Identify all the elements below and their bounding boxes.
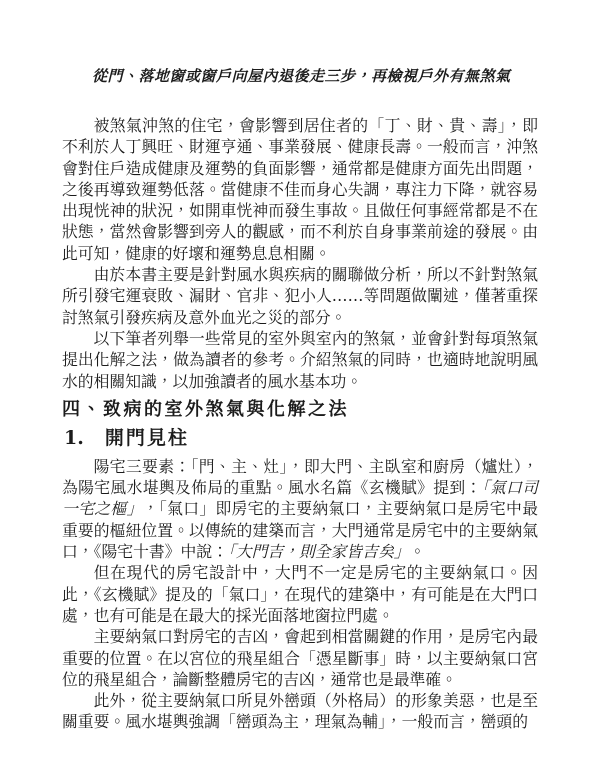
- body-text: 陽宅三要素：「門、主、灶」，即大門、主臥室和廚房（爐灶），為陽宅風水堪輿及佈局的…: [62, 457, 538, 497]
- intro-paragraph-2: 由於本書主要是針對風水與疾病的關聯做分析，所以不針對煞氣所引發宅運衰敗、漏財、官…: [62, 264, 538, 328]
- body-text: 但在現代的房宅設計中，大門不一定是房宅的主要納氣口。因此，《玄機賦》提及的「氣口…: [62, 563, 538, 625]
- quoted-kai-text: 「大門吉，則全家皆吉矣」: [228, 542, 410, 561]
- section-heading: 四、致病的室外煞氣與化解之法: [62, 397, 538, 422]
- body-text: 被煞氣沖煞的住宅，會影響到居住者的「丁、財、貴、壽」，即不利於人丁興旺、財運亨通…: [62, 116, 538, 263]
- subsection-title: 開門見柱: [105, 427, 189, 449]
- intro-paragraph-3: 以下筆者列舉一些常見的室外與室內的煞氣，並會針對每項煞氣提出化解之法，做為讀者的…: [62, 328, 538, 392]
- section-paragraph-2: 但在現代的房宅設計中，大門不一定是房宅的主要納氣口。因此，《玄機賦》提及的「氣口…: [62, 562, 538, 626]
- body-text: 。: [410, 542, 426, 561]
- body-text: 以下筆者列舉一些常見的室外與室內的煞氣，並會針對每項煞氣提出化解之法，做為讀者的…: [62, 329, 538, 391]
- body-text: 此外，從主要納氣口所見外巒頭（外格局）的形象美惡，也是至關重要。風水堪輿強調「巒…: [62, 691, 538, 731]
- body-text: 主要納氣口對房宅的吉凶，會起到相當關鍵的作用，是房宅內最重要的位置。在以宮位的飛…: [62, 627, 538, 689]
- subsection-number: 1.: [64, 425, 84, 451]
- intro-paragraph-1: 被煞氣沖煞的住宅，會影響到居住者的「丁、財、貴、壽」，即不利於人丁興旺、財運亨通…: [62, 115, 538, 264]
- section-paragraph-3: 主要納氣口對房宅的吉凶，會起到相當關鍵的作用，是房宅內最重要的位置。在以宮位的飛…: [62, 626, 538, 690]
- tip-caption: 從門、落地窗或窗戶向屋內退後走三步，再檢視戶外有無煞氣: [92, 66, 538, 87]
- section-paragraph-4: 此外，從主要納氣口所見外巒頭（外格局）的形象美惡，也是至關重要。風水堪輿強調「巒…: [62, 690, 538, 733]
- book-page: 從門、落地窗或窗戶向屋內退後走三步，再檢視戶外有無煞氣 被煞氣沖煞的住宅，會影響…: [0, 0, 600, 782]
- subsection-heading: 1.開門見柱: [64, 425, 538, 451]
- section-paragraph-1: 陽宅三要素：「門、主、灶」，即大門、主臥室和廚房（爐灶），為陽宅風水堪輿及佈局的…: [62, 456, 538, 562]
- body-text: 由於本書主要是針對風水與疾病的關聯做分析，所以不針對煞氣所引發宅運衰敗、漏財、官…: [62, 265, 538, 327]
